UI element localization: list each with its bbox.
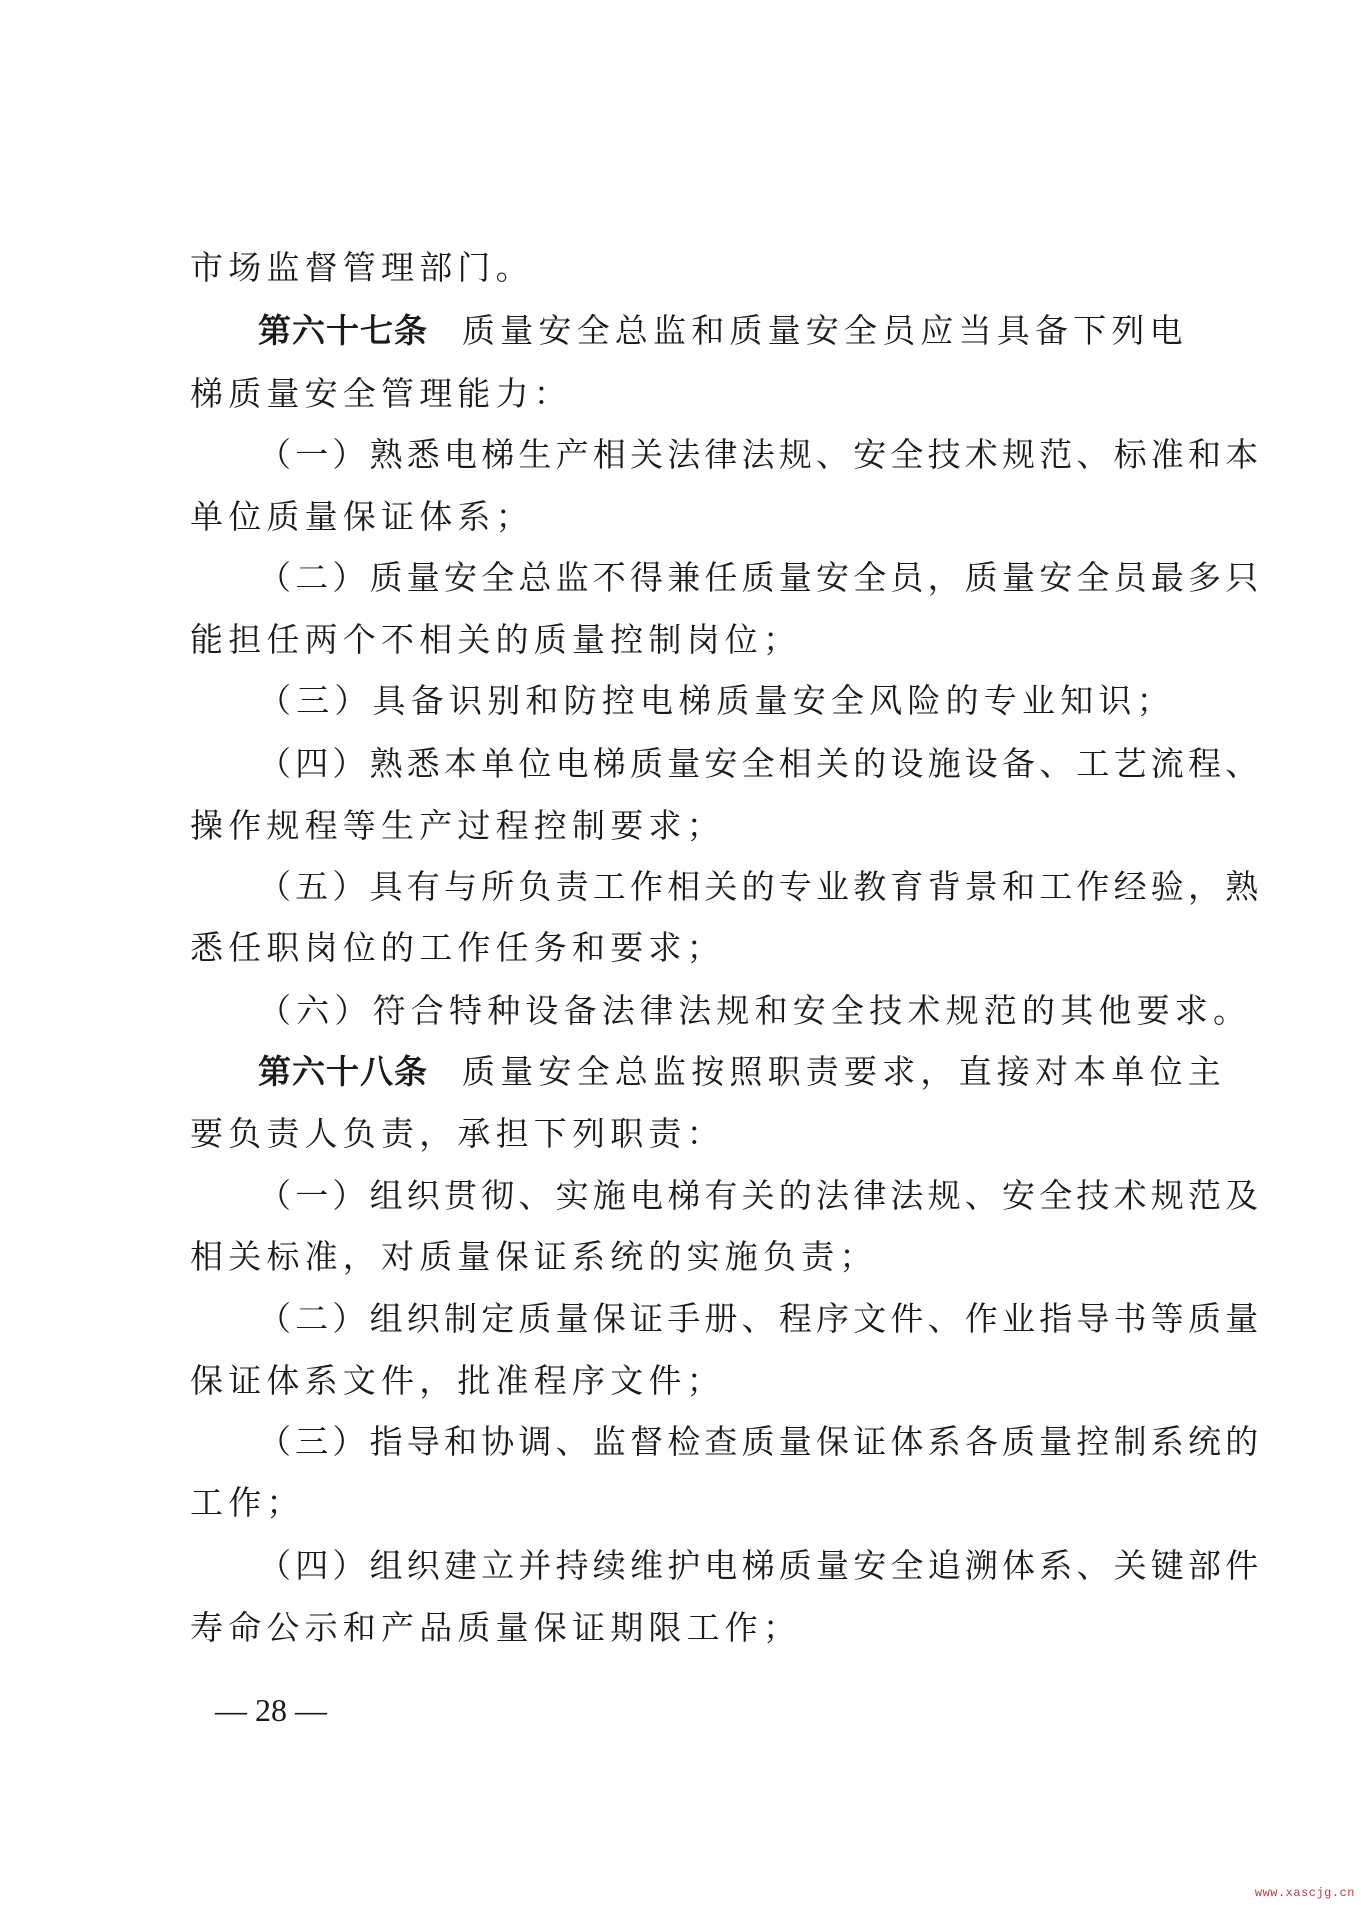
line-text: 质量安全总监按照职责要求，直接对本单位主 bbox=[462, 1052, 1226, 1091]
line-text: （四）熟悉本单位电梯质量安全相关的设施设备、工艺流程、 bbox=[258, 744, 1262, 783]
text-line-4: （一）熟悉电梯生产相关法律法规、安全技术规范、标准和本 bbox=[258, 433, 1170, 477]
line-text: 悉任职岗位的工作任务和要求； bbox=[190, 928, 725, 967]
line-text: 工作； bbox=[190, 1483, 305, 1522]
article-heading: 第六十七条 bbox=[258, 311, 428, 350]
line-text: 市场监督管理部门。 bbox=[190, 248, 534, 287]
text-line-6: （二）质量安全总监不得兼任质量安全员，质量安全员最多只 bbox=[258, 556, 1170, 600]
article-67-heading-line: 第六十七条质量安全总监和质量安全员应当具备下列电 bbox=[258, 309, 1170, 353]
text-line-7: 能担任两个不相关的质量控制岗位； bbox=[190, 618, 1170, 662]
line-text: （五）具有与所负责工作相关的专业教育背景和工作经验，熟 bbox=[258, 867, 1262, 906]
line-text: 梯质量安全管理能力： bbox=[190, 374, 572, 413]
line-text: 能担任两个不相关的质量控制岗位； bbox=[190, 620, 801, 659]
line-text: 要负责人负责，承担下列职责： bbox=[190, 1114, 725, 1153]
text-line-16: （一）组织贯彻、实施电梯有关的法律法规、安全技术规范及 bbox=[258, 1174, 1170, 1218]
line-text: （三）具备识别和防控电梯质量安全风险的专业知识； bbox=[258, 681, 1175, 720]
text-line-5: 单位质量保证体系； bbox=[190, 495, 1170, 539]
line-text: 单位质量保证体系； bbox=[190, 497, 534, 536]
text-line-22: （四）组织建立并持续维护电梯质量安全追溯体系、关键部件 bbox=[258, 1544, 1170, 1588]
text-line-12: 悉任职岗位的工作任务和要求； bbox=[190, 926, 1170, 970]
text-line-15: 要负责人负责，承担下列职责： bbox=[190, 1112, 1170, 1156]
text-line-9: （四）熟悉本单位电梯质量安全相关的设施设备、工艺流程、 bbox=[258, 742, 1170, 786]
text-line-1: 市场监督管理部门。 bbox=[190, 246, 1170, 290]
line-text: （三）指导和协调、监督检查质量保证体系各质量控制系统的 bbox=[258, 1422, 1262, 1461]
line-text: 寿命公示和产品质量保证期限工作； bbox=[190, 1608, 801, 1647]
text-line-11: （五）具有与所负责工作相关的专业教育背景和工作经验，熟 bbox=[258, 865, 1170, 909]
line-text: 保证体系文件，批准程序文件； bbox=[190, 1361, 725, 1400]
line-text: （一）组织贯彻、实施电梯有关的法律法规、安全技术规范及 bbox=[258, 1176, 1262, 1215]
line-text: （六）符合特种设备法律法规和安全技术规范的其他要求。 bbox=[258, 991, 1251, 1030]
text-line-8: （三）具备识别和防控电梯质量安全风险的专业知识； bbox=[258, 679, 1170, 723]
line-text: （一）熟悉电梯生产相关法律法规、安全技术规范、标准和本 bbox=[258, 435, 1262, 474]
text-line-19: 保证体系文件，批准程序文件； bbox=[190, 1359, 1170, 1403]
document-page: 市场监督管理部门。 第六十七条质量安全总监和质量安全员应当具备下列电 梯质量安全… bbox=[0, 0, 1361, 1909]
page-number: — 28 — bbox=[215, 1688, 327, 1732]
line-text: （二）组织制定质量保证手册、程序文件、作业指导书等质量 bbox=[258, 1299, 1262, 1338]
article-heading: 第六十八条 bbox=[258, 1052, 428, 1091]
text-line-13: （六）符合特种设备法律法规和安全技术规范的其他要求。 bbox=[258, 989, 1170, 1033]
line-text: （二）质量安全总监不得兼任质量安全员，质量安全员最多只 bbox=[258, 558, 1262, 597]
text-line-10: 操作规程等生产过程控制要求； bbox=[190, 804, 1170, 848]
text-line-3: 梯质量安全管理能力： bbox=[190, 372, 1170, 416]
line-text: （四）组织建立并持续维护电梯质量安全追溯体系、关键部件 bbox=[258, 1546, 1262, 1585]
text-line-17: 相关标准，对质量保证系统的实施负责； bbox=[190, 1235, 1170, 1279]
line-text: 相关标准，对质量保证系统的实施负责； bbox=[190, 1237, 878, 1276]
text-line-18: （二）组织制定质量保证手册、程序文件、作业指导书等质量 bbox=[258, 1297, 1170, 1341]
watermark-url: www.xascjg.cn bbox=[1255, 1886, 1355, 1900]
line-text: 操作规程等生产过程控制要求； bbox=[190, 806, 725, 845]
line-text: 质量安全总监和质量安全员应当具备下列电 bbox=[462, 311, 1188, 350]
text-line-21: 工作； bbox=[190, 1481, 1170, 1525]
article-68-heading-line: 第六十八条质量安全总监按照职责要求，直接对本单位主 bbox=[258, 1050, 1170, 1094]
text-line-20: （三）指导和协调、监督检查质量保证体系各质量控制系统的 bbox=[258, 1420, 1170, 1464]
text-line-23: 寿命公示和产品质量保证期限工作； bbox=[190, 1606, 1170, 1650]
